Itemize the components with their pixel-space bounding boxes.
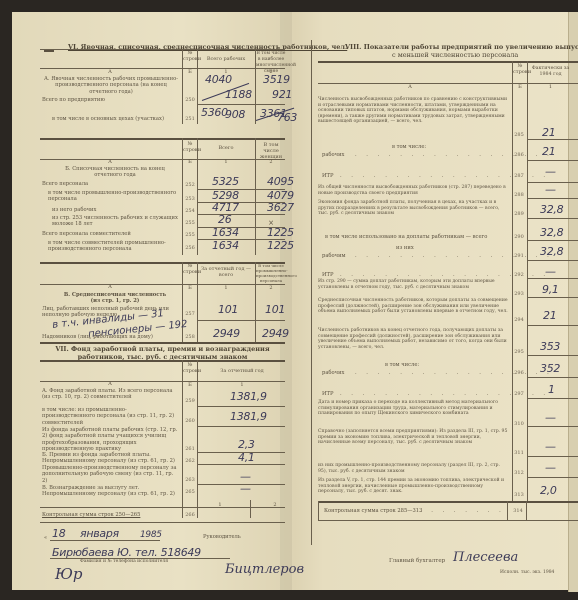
date-year: 1985 (140, 530, 162, 540)
row-310-value: — (545, 411, 556, 424)
col-divider (250, 500, 251, 518)
row-divider (527, 377, 578, 378)
row-285-num: 285 (508, 132, 530, 138)
col-letter-a: А (400, 84, 420, 90)
row-296-num: 296 (508, 370, 530, 376)
header-row-no: № строки (183, 141, 197, 153)
row-287-value: — (545, 165, 556, 178)
row-260-value: 1381,9 (230, 410, 267, 423)
row-258-label: Надомников (лиц, работающих на дому) (42, 334, 153, 340)
row-311-label: Справочно (заполняется всеми предприятия… (318, 429, 510, 446)
col-letter-a: А (100, 69, 120, 75)
head-signature: Бицтлеров (225, 562, 304, 577)
row-252-num: 252 (179, 182, 201, 188)
row-287-num: 287 (508, 173, 530, 179)
header-row-no: № строки (183, 362, 197, 374)
row-297-num: 297 (508, 391, 530, 397)
row-286-label: рабочих (322, 152, 344, 158)
row-286-value: 21 (542, 145, 555, 158)
row-292-value: — (545, 265, 556, 278)
title-dash (44, 50, 54, 52)
executor-signature: Юр (55, 565, 83, 583)
table-top-border (40, 49, 285, 50)
row-262-value: 4,1 (238, 451, 255, 464)
leader-dots: . . . . . . . . (420, 508, 505, 514)
row-261-value: 2,3 (238, 438, 255, 451)
row-296-label: рабочих (322, 370, 344, 376)
row-258-num: 258 (179, 334, 201, 340)
row-251-label: в том числе в основных цехах (участках) (52, 116, 164, 122)
next-page-edge (568, 12, 578, 592)
col-letter-b: Б (513, 84, 527, 90)
table-bottom-border (318, 520, 578, 521)
col-letter-a: А (100, 159, 120, 165)
row-divider (197, 214, 285, 215)
print-footer-note: Исполн. тыс. экз. 1984 (500, 570, 554, 576)
row-258-col1: 2949 (213, 327, 240, 340)
part-b-heading: Б. Списочная численность на конец отчетн… (60, 166, 170, 179)
row-294-value: 21 (543, 309, 556, 322)
row-313-num: 313 (508, 492, 530, 498)
control-sum-num: 266 (179, 512, 201, 518)
subheading-incl-2: в том числе: (385, 362, 419, 368)
row-253-label: в том числе промышленно-производственног… (48, 190, 178, 203)
row-251-col1-top: 5360 (201, 106, 228, 119)
row-259-value: 1381,9 (230, 390, 267, 403)
table-bottom-border (40, 342, 285, 344)
row-260-num: 260 (179, 418, 201, 424)
col-letter-b: Б (183, 69, 197, 75)
col-letter-a: А (100, 381, 120, 387)
table-bottom-border (318, 501, 578, 503)
col-letter-2: 2 (256, 159, 286, 165)
row-257-col1: 101 (218, 303, 238, 316)
header-col1: Всего рабочих (198, 56, 254, 62)
section-7-title: VII. Фонд заработной платы, премии и воз… (45, 345, 280, 361)
header-col2: В том числе женщин (256, 142, 286, 160)
row-255a-label: из стр. 253 численность рабочих и служащ… (52, 215, 178, 228)
row-291-num: 291 (508, 253, 530, 259)
part-a-heading: А. Явочная численность рабочих промышлен… (42, 76, 180, 95)
row-296-value: 352 (540, 362, 560, 375)
part-c-heading: В. Среднесписочная численность (из стр. … (60, 292, 170, 305)
row-286-num: 286 (508, 152, 530, 158)
row-260-label: в том числе: из промышленно-производстве… (42, 407, 178, 426)
row-divider (40, 507, 285, 508)
col-letter-2: 2 (256, 285, 286, 291)
row-254-col2: 3627 (267, 201, 294, 214)
row-265-num: 265 (179, 489, 201, 495)
executor-caption: Фамилия и № телефона исполнителя (80, 559, 168, 565)
row-250-col1-top: 4040 (205, 73, 232, 86)
row-divider (197, 320, 285, 321)
row-256-col2: 1225 (267, 239, 294, 252)
row-287-label: ИТР (322, 173, 333, 179)
row-297-label: ИТР (322, 391, 333, 397)
row-257-num: 257 (179, 311, 201, 317)
row-divider (527, 477, 578, 478)
col-letter-1: 1 (198, 159, 254, 165)
row-263-num: 263 (179, 477, 201, 483)
row-divider (197, 426, 285, 427)
row-313-value: 2,0 (540, 484, 557, 497)
row-divider (527, 297, 578, 298)
row-251-num: 251 (179, 116, 201, 122)
header-col2: В том числе промышленно-производственног… (256, 263, 286, 283)
row-293-label: Из стр. 290 — сумма доплат работникам, к… (318, 279, 510, 290)
row-252-label: Всего персонала (42, 181, 88, 187)
row-291-label: рабочим (322, 253, 346, 259)
row-255a-col1: 26 (218, 213, 231, 226)
row-288-value: — (545, 183, 556, 196)
row-313-label: Из раздела V, гр. 1, стр. 144 премии за … (318, 478, 510, 495)
row-divider (527, 355, 578, 356)
row-257-col2: 101 (265, 303, 285, 316)
row-divider (527, 456, 578, 457)
date-day: 18 (52, 527, 65, 540)
row-divider (527, 218, 578, 219)
row-divider (197, 104, 285, 105)
row-250-label: Всего по предприятию (42, 97, 105, 103)
row-250-col2-top: 3519 (263, 73, 290, 86)
row-261-label: Из фонда заработной платы рабочих (стр. … (42, 427, 178, 453)
row-251-col1-bot: 908 (225, 108, 245, 121)
header-col1: Фактически за 1984 год (528, 66, 573, 78)
row-312-num: 312 (508, 470, 530, 476)
row-310-label: Дата и номер приказа о переходе на колле… (318, 400, 510, 417)
header-row-no: № строки (183, 50, 197, 62)
col-divider (527, 61, 528, 501)
row-divider (527, 278, 578, 279)
date-prefix: « (44, 535, 47, 541)
row-divider (527, 139, 578, 140)
date-underline (50, 540, 160, 541)
row-255b-col1: 1634 (212, 226, 239, 239)
row-293-value: 9,1 (542, 283, 559, 296)
col-letter-1: 1 (198, 285, 254, 291)
row-289-num: 289 (508, 211, 530, 217)
row-256-num: 256 (179, 245, 201, 251)
table-top-border (318, 61, 578, 63)
col-letter-a: А (100, 284, 120, 290)
header-col1: За отчетный год (198, 368, 286, 374)
row-256-label: в том числе совместителей промышленно-пр… (48, 240, 178, 253)
row-297-value: 1 (548, 383, 555, 396)
control-sum-label: Контрольная сумма строк 250—265 (42, 512, 140, 518)
row-divider (527, 398, 578, 399)
section-8-title-line2: с меньшей численностью персонала (392, 51, 518, 59)
table-c-top-border (40, 262, 285, 264)
footer-col-letter-1: 1 (210, 502, 230, 508)
date-month: января (80, 527, 119, 540)
row-288-label: Из общей численности высвобожденных рабо… (318, 185, 510, 196)
row-divider (197, 406, 285, 407)
header-row-no: № строки (513, 63, 527, 75)
row-255b-col2: 1225 (267, 226, 294, 239)
footer-col-letter-2: 2 (265, 502, 285, 508)
chief-accountant-label: Главный бухгалтер (389, 558, 445, 564)
row-285-label: Численность высвобожденных работников по… (318, 97, 510, 125)
row-250-col2-bot: 921 (272, 88, 292, 101)
table-top-border (40, 360, 285, 362)
row-265-value: — (240, 482, 251, 495)
subheading-of-them: из них (396, 245, 414, 251)
header-row-no: № строки (183, 263, 197, 275)
header-col1: За отчетный год — всего (198, 266, 254, 278)
col-letter-b: Б (183, 382, 197, 388)
row-291-value: 32,8 (540, 245, 563, 258)
row-263-label: Промышленно-производственному персоналу … (42, 465, 178, 484)
row-290-value: 32,8 (540, 226, 563, 239)
section-8-title-line1: VIII. Показатели работы предприятий по у… (345, 43, 578, 51)
row-256-col1: 1634 (212, 239, 239, 252)
row-252-col1: 5325 (212, 175, 239, 188)
row-divider (527, 260, 578, 261)
row-289-value: 32,8 (540, 203, 563, 216)
row-255b-label: Всего персонала совместителей (42, 231, 131, 237)
subheading-incl: в том числе: (392, 144, 426, 150)
header-col1: Всего (198, 145, 254, 151)
row-312-label: из них промышленно-производственному пер… (318, 463, 510, 474)
col-letter-1: 1 (528, 84, 573, 90)
control-sum-num: 314 (507, 508, 529, 514)
row-294-label: Среднесписочная численность работников, … (318, 298, 510, 315)
row-262-label: Б. Премии из фонда заработной платы. Неп… (42, 452, 178, 465)
row-265-label: В. Вознаграждение за выслугу лет. Непром… (42, 485, 178, 498)
row-311-value: — (545, 440, 556, 453)
row-divider (527, 426, 578, 427)
row-divider (197, 464, 285, 465)
table-bottom-border (40, 522, 285, 523)
row-divider (527, 160, 578, 161)
col-letter-b: Б (183, 159, 197, 165)
row-258-col2: 2949 (262, 327, 289, 340)
row-divider (527, 198, 578, 199)
row-294-num: 294 (508, 317, 530, 323)
col-letter-1: 1 (198, 382, 286, 388)
row-295-label: Численность работников на конец отчетног… (318, 328, 510, 350)
row-259-num: 259 (179, 398, 201, 404)
row-divider (527, 240, 578, 241)
table-b-top-border (40, 138, 285, 140)
row-254-label: из него рабочих (52, 207, 96, 213)
col-divider (318, 501, 319, 520)
control-sum-label: Контрольная сумма строк 285—313 (324, 508, 422, 514)
chief-accountant-signature: Плесеева (453, 550, 518, 565)
row-292-label: ИТР (322, 272, 333, 278)
row-295-value: 353 (540, 340, 560, 353)
row-285-value: 21 (542, 126, 555, 139)
row-255a-num: 255 (179, 220, 201, 226)
row-312-value: — (545, 461, 556, 474)
col-divider (512, 61, 513, 501)
row-divider (527, 325, 578, 326)
row-255b-num: 255 (179, 232, 201, 238)
page-margin-line (311, 40, 312, 545)
row-252-col2: 4095 (267, 175, 294, 188)
row-259-label: А. Фонд заработной платы. Из всего персо… (42, 388, 178, 401)
row-289-label: Экономия фонда заработной платы, получен… (318, 200, 510, 217)
row-250-num: 250 (179, 97, 201, 103)
col-letter-b: Б (183, 285, 197, 291)
head-label: Руководитель (203, 534, 241, 540)
row-290-label: в том числе использовано на доплаты рабо… (325, 234, 487, 240)
